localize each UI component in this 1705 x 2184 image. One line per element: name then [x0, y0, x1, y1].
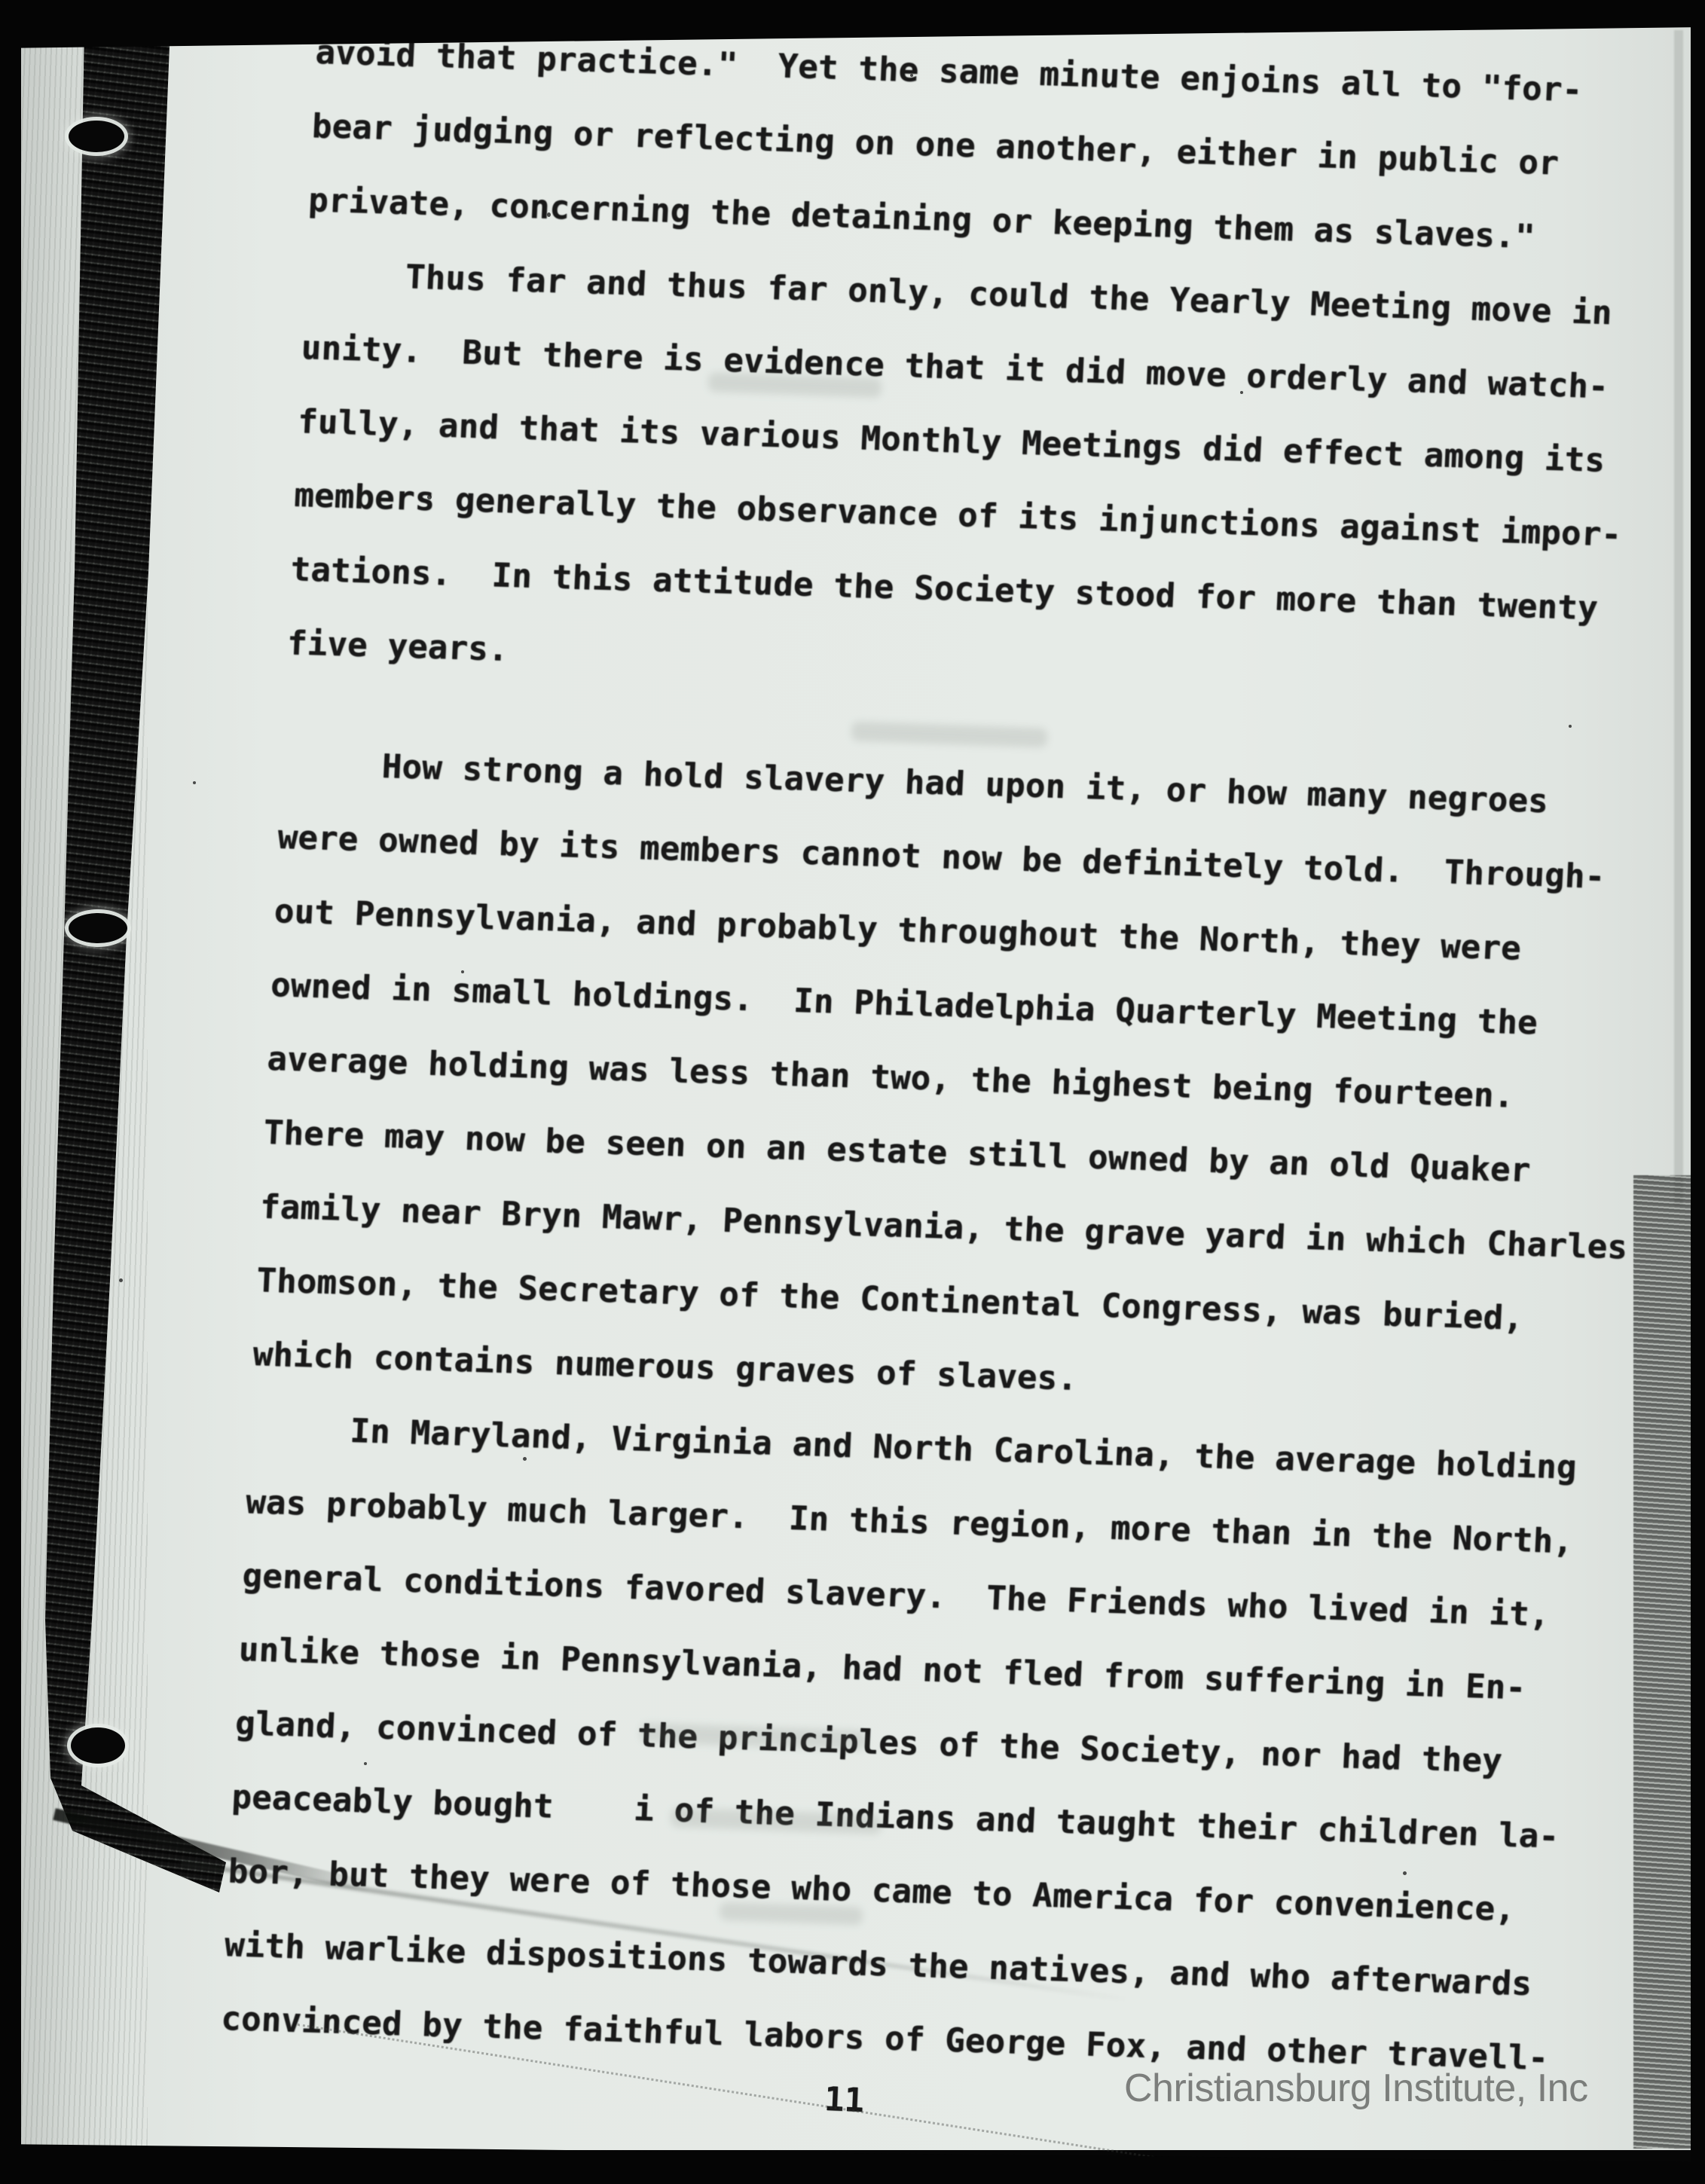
scanner-frame-left	[0, 0, 21, 2184]
photocopy-speck	[910, 74, 913, 77]
scanner-frame-right	[1691, 0, 1705, 2184]
photocopy-speck	[1569, 725, 1572, 728]
punch-hole-bottom	[71, 1727, 125, 1764]
typed-text-block: avoid that practice." Yet the same minut…	[218, 33, 1705, 2116]
photocopy-speck	[1240, 391, 1243, 394]
watermark: Christiansburg Institute, Inc	[1124, 2066, 1588, 2111]
scanned-document-photo: { "document": { "lines": [ "avoid that p…	[0, 0, 1705, 2184]
photocopy-speck	[461, 970, 464, 973]
page-number: 11	[823, 2080, 865, 2120]
photocopy-speck	[193, 781, 196, 784]
punch-hole-middle	[69, 913, 127, 943]
punch-hole-top	[69, 121, 124, 152]
photocopy-speck	[1403, 1871, 1407, 1875]
photocopy-speck	[523, 1457, 527, 1461]
photocopy-speck	[427, 495, 432, 499]
photocopy-speck	[547, 212, 551, 217]
photocopy-speck	[364, 1762, 367, 1765]
photocopy-speck	[119, 1278, 123, 1282]
